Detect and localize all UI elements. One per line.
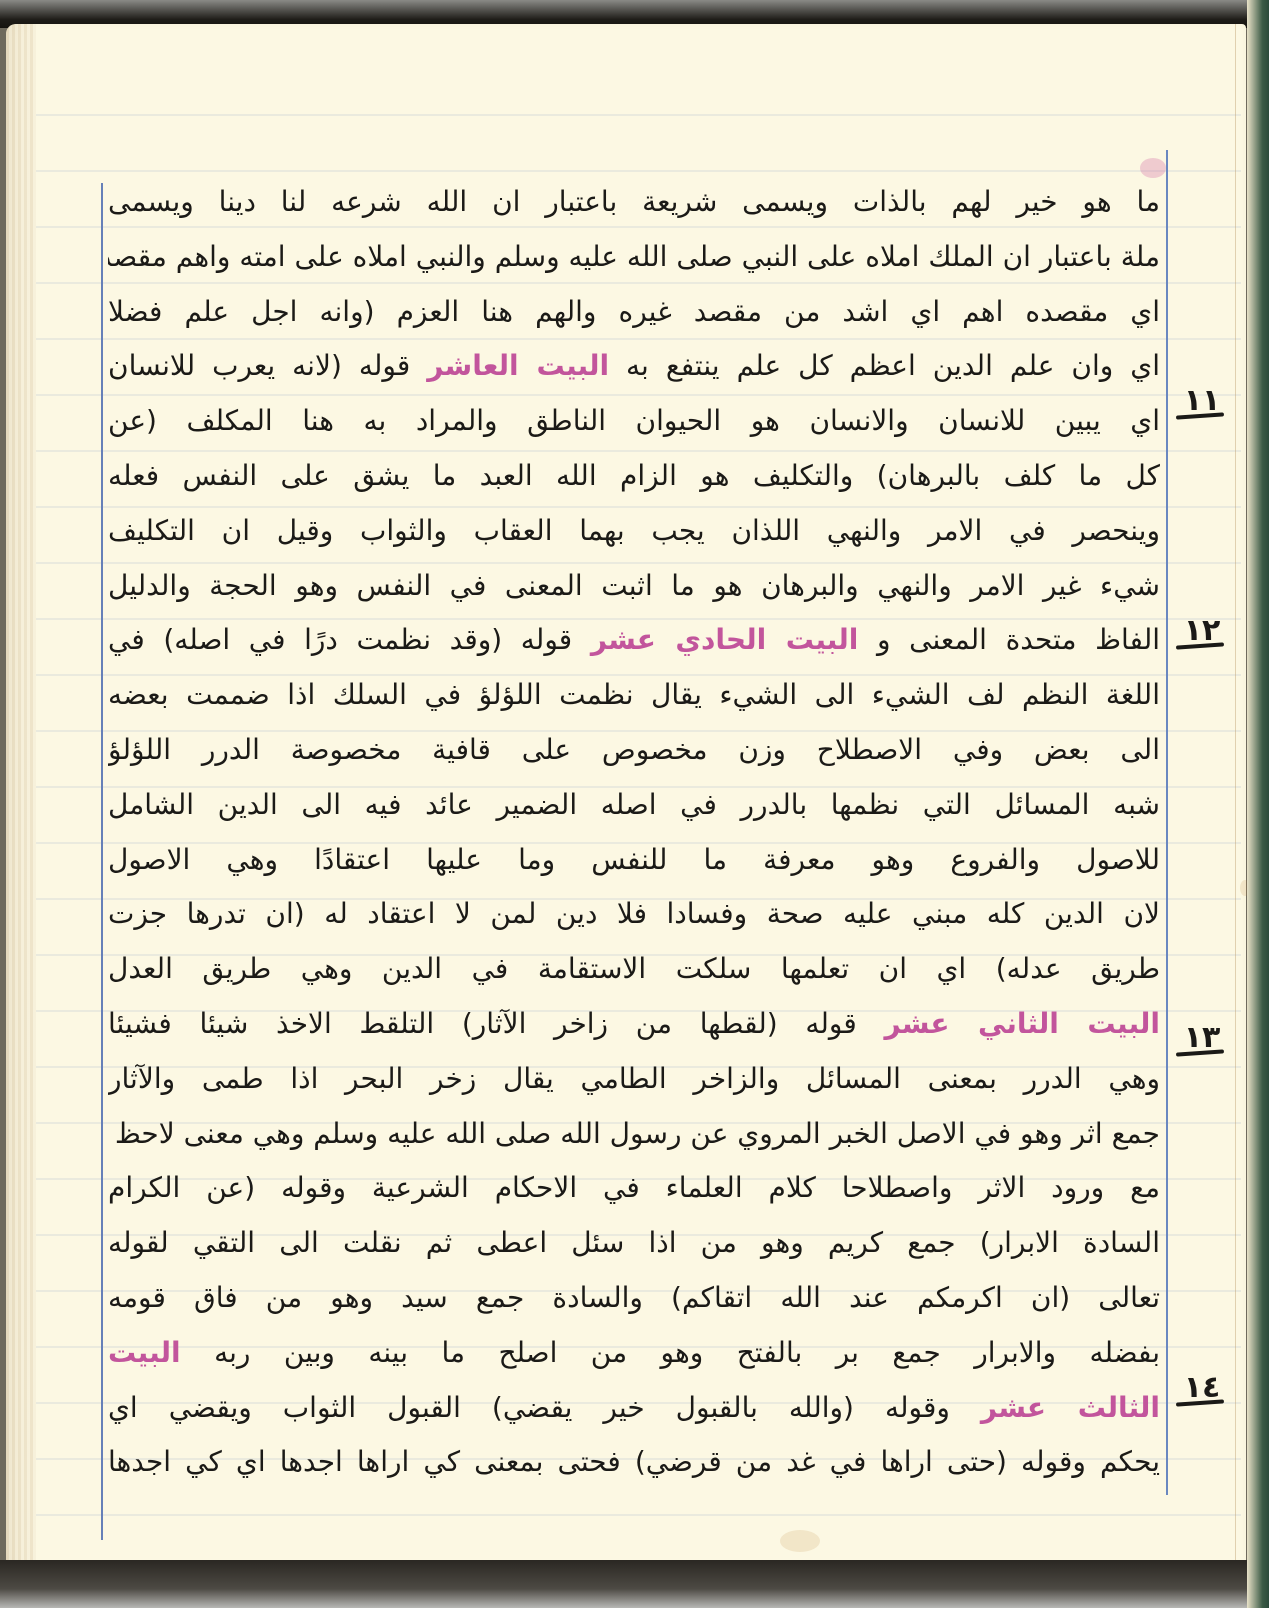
margin-verse-number: ١٢ bbox=[1172, 613, 1232, 648]
margin-verse-number: ١٤ bbox=[1172, 1370, 1232, 1405]
text-line: شبه المسائل التي نظمها بالدرر في اصله ال… bbox=[108, 778, 1160, 833]
paper-stain bbox=[780, 1530, 820, 1552]
text-line: وهي الدرر بمعنى المسائل والزاخر الطامي ي… bbox=[108, 1052, 1160, 1107]
text-line: شيء غير الامر والنهي والبرهان هو ما اثبت… bbox=[108, 559, 1160, 614]
verse-heading: البيت bbox=[108, 1336, 181, 1369]
text-line: ما هو خير لهم بالذات ويسمى شريعة باعتبار… bbox=[108, 175, 1160, 230]
verse-heading: البيت الثاني عشر bbox=[884, 1007, 1160, 1040]
text-line: الى بعض وفي الاصطلاح وزن مخصوص على قافية… bbox=[108, 723, 1160, 778]
margin-verse-number: ١٣ bbox=[1172, 1020, 1232, 1055]
scanner-right-edge bbox=[1247, 0, 1269, 1608]
text-line: اي يبين للانسان والانسان هو الحيوان النا… bbox=[108, 394, 1160, 449]
text-line: جمع اثر وهو في الاصل الخبر المروي عن رسو… bbox=[108, 1107, 1160, 1162]
manuscript-text: ما هو خير لهم بالذات ويسمى شريعة باعتبار… bbox=[108, 175, 1160, 1490]
text-line: السادة الابرار) جمع كريم وهو من اذا سئل … bbox=[108, 1216, 1160, 1271]
margin-verse-number: ١١ bbox=[1172, 383, 1232, 418]
page-fold-line bbox=[1235, 24, 1236, 1564]
left-margin-rule bbox=[101, 183, 103, 1540]
text-line: بفضله والابرار جمع بر بالفتح وهو من اصلح… bbox=[108, 1326, 1160, 1381]
text-line: لان الدين كله مبني عليه صحة وفسادا فلا د… bbox=[108, 887, 1160, 942]
page-stack-edges bbox=[6, 24, 36, 1574]
verse-heading: الثالث عشر bbox=[981, 1391, 1160, 1424]
verse-heading: البيت العاشر bbox=[427, 349, 609, 382]
text-line: اي مقصده اهم اي اشد من مقصد غيره والهم ه… bbox=[108, 285, 1160, 340]
text-line: وينحصر في الامر والنهي اللذان يجب بهما ا… bbox=[108, 504, 1160, 559]
text-line: طريق عدله) اي ان تعلمها سلكت الاستقامة ف… bbox=[108, 942, 1160, 997]
text-line: كل ما كلف بالبرهان) والتكليف هو الزام ال… bbox=[108, 449, 1160, 504]
text-line: الفاظ متحدة المعنى و البيت الحادي عشر قو… bbox=[108, 613, 1160, 668]
text-line: اللغة النظم لف الشيء الى الشيء يقال نظمت… bbox=[108, 668, 1160, 723]
text-line: مع ورود الاثر واصطلاحا كلام العلماء في ا… bbox=[108, 1161, 1160, 1216]
text-line: للاصول والفروع وهو معرفة ما للنفس وما عل… bbox=[108, 833, 1160, 888]
text-line: ملة باعتبار ان الملك املاه على النبي صلى… bbox=[108, 230, 1160, 285]
scanner-bottom-edge bbox=[0, 1560, 1269, 1608]
text-line: يحكم وقوله (حتى اراها في غد من قرضي) فحت… bbox=[108, 1435, 1160, 1490]
verse-heading: البيت الحادي عشر bbox=[591, 623, 858, 656]
text-line: البيت الثاني عشر قوله (لقطها من زاخر الآ… bbox=[108, 997, 1160, 1052]
right-margin-rule bbox=[1166, 150, 1168, 1495]
text-line: الثالث عشر وقوله (والله بالقبول خير يقضي… bbox=[108, 1381, 1160, 1436]
text-line: تعالى (ان اكرمكم عند الله اتقاكم) والساد… bbox=[108, 1271, 1160, 1326]
text-line: اي وان علم الدين اعظم كل علم ينتفع به ال… bbox=[108, 339, 1160, 394]
